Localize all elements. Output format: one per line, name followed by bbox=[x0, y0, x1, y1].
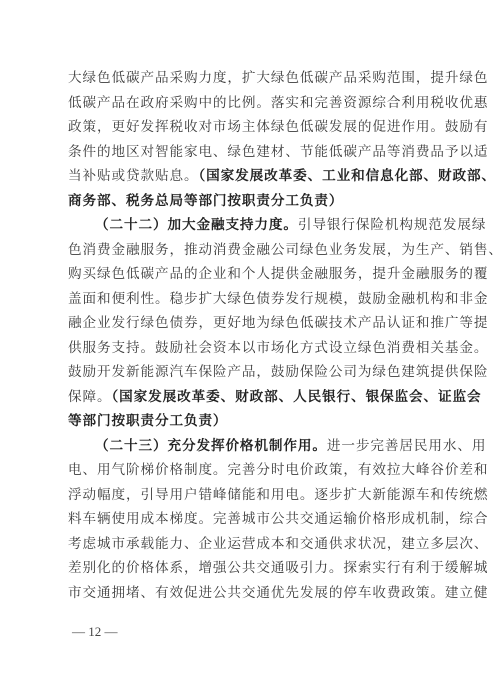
text-line: 盖面和便利性。稳步扩大绿色债券发行规模，鼓励金融机构和非金 bbox=[68, 287, 430, 312]
text-line: 供服务支持。鼓励社会资本以市场化方式设立绿色消费相关基金。 bbox=[68, 336, 430, 361]
text-line: 购买绿色低碳产品的企业和个人提供金融服务，提升金融服务的覆 bbox=[68, 262, 430, 287]
document-page: 大绿色低碳产品采购力度，扩大绿色低碳产品采购范围，提升绿色 低碳产品在政府采购中… bbox=[0, 0, 495, 700]
page-number: — 12 — bbox=[72, 624, 118, 640]
responsible-departments: 等部门按职责分工负责） bbox=[68, 413, 227, 429]
text-line: 鼓励开发新能源汽车保险产品，鼓励保险公司为绿色建筑提供保险 bbox=[68, 360, 430, 385]
text-line: 色消费金融服务，推动消费金融公司绿色业务发展，为生产、销售、 bbox=[68, 238, 430, 263]
responsible-departments: （国家发展改革委、财政部、人民银行、银保监会、证监会 bbox=[111, 389, 481, 405]
text-run: 引导银行保险机构规范发展绿 bbox=[298, 217, 486, 233]
text-run: 保障。 bbox=[68, 389, 111, 405]
text-line: 保障。（国家发展改革委、财政部、人民银行、银保监会、证监会 bbox=[68, 385, 430, 410]
section-heading-22: （二十二）加大金融支持力度。 bbox=[95, 217, 298, 233]
section-heading-line: （二十二）加大金融支持力度。引导银行保险机构规范发展绿 bbox=[68, 213, 430, 238]
section-heading-line: （二十三）充分发挥价格机制作用。进一步完善居民用水、用 bbox=[68, 434, 430, 459]
text-line: 大绿色低碳产品采购力度，扩大绿色低碳产品采购范围，提升绿色 bbox=[68, 66, 430, 91]
responsible-departments: 商务部、税务总局等部门按职责分工负责） bbox=[68, 193, 343, 209]
text-line: 政策，更好发挥税收对市场主体绿色低碳发展的促进作用。鼓励有 bbox=[68, 115, 430, 140]
text-line: 等部门按职责分工负责） bbox=[68, 409, 430, 434]
text-run: 进一步完善居民用水、用 bbox=[327, 438, 486, 454]
text-line: 低碳产品在政府采购中的比例。落实和完善资源综合利用税收优惠 bbox=[68, 91, 430, 116]
text-line: 差别化的价格体系，增强公共交通吸引力。探索实行有利于缓解城 bbox=[68, 556, 430, 581]
text-line: 市交通拥堵、有效促进公共交通优先发展的停车收费政策。建立健 bbox=[68, 581, 430, 606]
text-line: 电、用气阶梯价格制度。完善分时电价政策，有效拉大峰谷价差和 bbox=[68, 458, 430, 483]
responsible-departments: （国家发展改革委、工业和信息化部、财政部、 bbox=[198, 168, 495, 184]
body-text: 大绿色低碳产品采购力度，扩大绿色低碳产品采购范围，提升绿色 低碳产品在政府采购中… bbox=[68, 66, 430, 605]
section-heading-23: （二十三）充分发挥价格机制作用。 bbox=[95, 438, 327, 454]
text-line: 商务部、税务总局等部门按职责分工负责） bbox=[68, 189, 430, 214]
text-run: 当补贴或贷款贴息。 bbox=[68, 168, 198, 184]
text-line: 条件的地区对智能家电、绿色建材、节能低碳产品等消费品予以适 bbox=[68, 140, 430, 165]
text-line: 浮动幅度，引导用户错峰储能和用电。逐步扩大新能源车和传统燃 bbox=[68, 483, 430, 508]
text-line: 当补贴或贷款贴息。（国家发展改革委、工业和信息化部、财政部、 bbox=[68, 164, 430, 189]
text-line: 融企业发行绿色债券，更好地为绿色低碳技术产品认证和推广等提 bbox=[68, 311, 430, 336]
text-line: 料车辆使用成本梯度。完善城市公共交通运输价格形成机制，综合 bbox=[68, 507, 430, 532]
text-line: 考虑城市承载能力、企业运营成本和交通供求状况，建立多层次、 bbox=[68, 532, 430, 557]
